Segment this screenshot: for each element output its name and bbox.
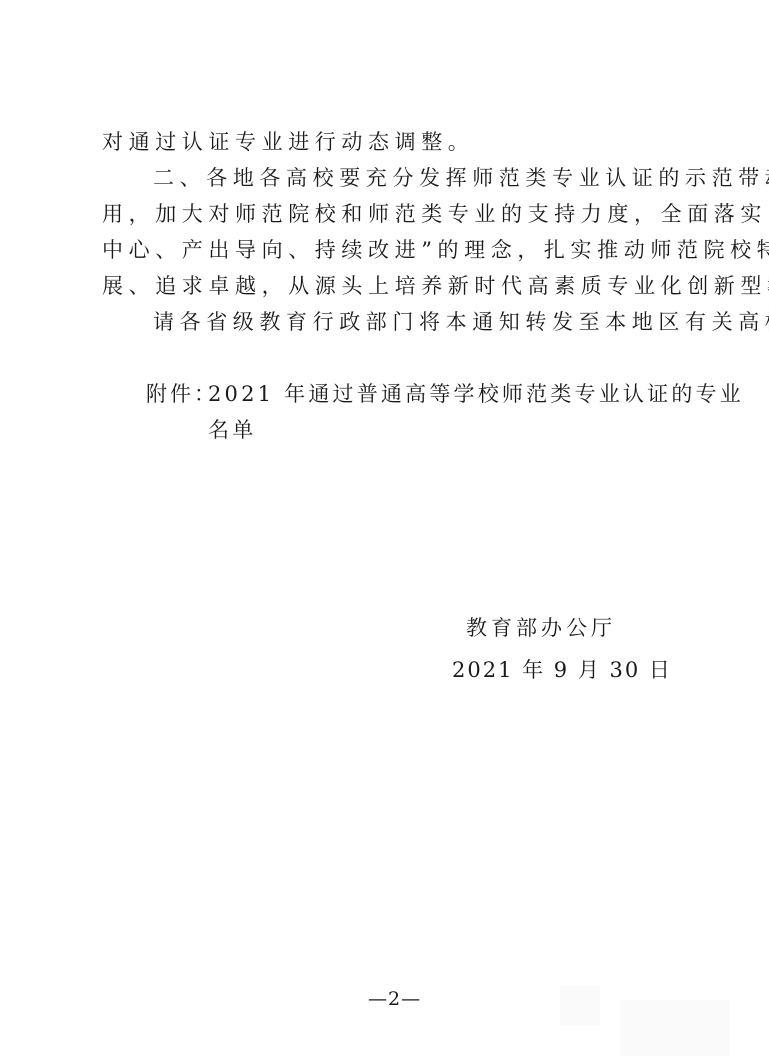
scan-artifact: [560, 986, 600, 1026]
page-number: —2—: [368, 984, 421, 1014]
attachment-title-line: 名单: [208, 412, 256, 448]
scan-artifact: [620, 1000, 730, 1056]
paragraph-line: 中心、产出导向、持续改进”的理念，扎实推动师范院校特色发: [102, 232, 769, 268]
paragraph-line: 请各省级教育行政部门将本通知转发至本地区有关高校。: [153, 304, 769, 340]
paragraph-line: 展、追求卓越，从源头上培养新时代高素质专业化创新型教师。: [102, 268, 769, 304]
document-page: 对通过认证专业进行动态调整。 二、各地各高校要充分发挥师范类专业认证的示范带动作…: [0, 0, 769, 1056]
attachment-title-line: 2021 年通过普通高等学校师范类专业认证的专业: [208, 376, 744, 412]
issuer-signature: 教育部办公厅: [466, 610, 616, 646]
paragraph-line: 二、各地各高校要充分发挥师范类专业认证的示范带动作: [153, 160, 769, 196]
paragraph-line: 对通过认证专业进行动态调整。: [102, 124, 474, 160]
paragraph-line: 用，加大对师范院校和师范类专业的支持力度，全面落实“学生: [102, 196, 769, 232]
issue-date: 2021 年 9 月 30 日: [452, 652, 672, 688]
